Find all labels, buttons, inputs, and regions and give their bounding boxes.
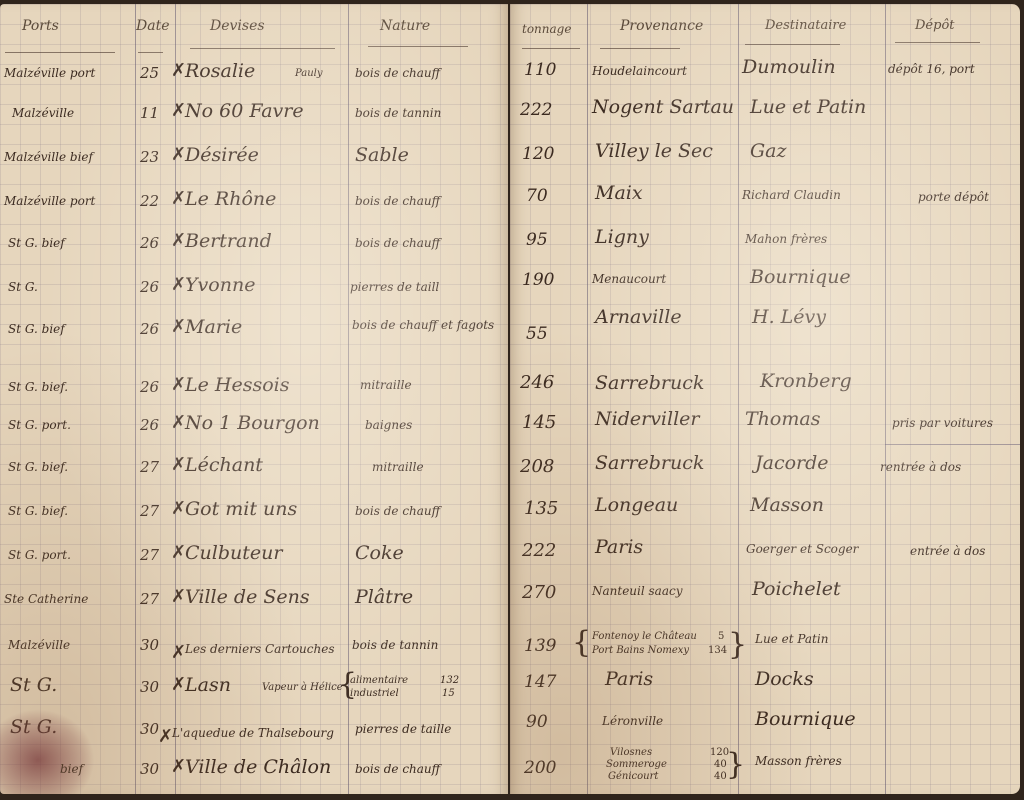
- tonnage-cell: 200: [524, 758, 556, 778]
- ledger-left-page: Ports Date Devises Nature Malzéville por…: [0, 4, 508, 794]
- nature-cell: Coke: [355, 542, 404, 564]
- nature-cell: bois de chauff: [355, 762, 440, 776]
- nature-split-qty: 132: [440, 674, 459, 687]
- header-destinataire: Destinataire: [765, 18, 846, 33]
- header-underline: [138, 52, 163, 53]
- depot-cell: entrée à dos: [910, 544, 985, 558]
- destinataire-cell: Goerger et Scoger: [746, 542, 858, 556]
- devise-cell: Lasn: [185, 674, 231, 696]
- tonnage-cell: 270: [522, 582, 556, 603]
- provenance-cell: Nanteuil saacy: [592, 584, 683, 598]
- port-cell: St G.: [10, 674, 57, 696]
- devise-cell: Rosalie: [185, 60, 255, 82]
- destinataire-cell: Masson: [750, 494, 824, 516]
- port-cell: St G. port.: [8, 548, 71, 562]
- tonnage-cell: 147: [524, 672, 556, 692]
- header-underline: [745, 44, 840, 45]
- ledger-row: 222 Nogent Sartau Lue et Patin: [510, 96, 1020, 132]
- depot-cell: pris par voitures: [892, 416, 993, 430]
- ledger-row: St G. port. 27 Culbuteur Coke: [0, 542, 508, 578]
- header-devises: Devises: [210, 18, 265, 34]
- devise-cell: No 1 Bourgon: [185, 412, 320, 434]
- destinataire-cell: Lue et Patin: [750, 96, 866, 118]
- tonnage-cell: 120: [522, 144, 554, 164]
- provenance-cell: Niderviller: [595, 408, 699, 430]
- ledger-row: St G. bief. 27 Got mit uns bois de chauf…: [0, 498, 508, 534]
- date-cell: 30: [140, 678, 159, 696]
- nature-cell: pierres de taille: [355, 722, 451, 736]
- tonnage-cell: 145: [522, 412, 556, 433]
- date-cell: 27: [140, 502, 159, 520]
- nature-cell: bois de chauff: [355, 66, 440, 80]
- ledger-row: 246 Sarrebruck Kronberg: [510, 368, 1020, 404]
- ledger-row: 120 Villey le Sec Gaz: [510, 140, 1020, 176]
- ledger-row: 139 { Fontenoy le Château 5 Port Bains N…: [510, 626, 1020, 666]
- tonnage-cell: 222: [520, 100, 552, 120]
- ledger-row: 70 Maix Richard Claudin porte dépôt: [510, 182, 1020, 218]
- header-provenance: Provenance: [620, 18, 703, 34]
- provenance-cell: Menaucourt: [592, 272, 666, 286]
- ledger-row: Malzéville 11 No 60 Favre bois de tannin: [0, 100, 508, 136]
- header-nature: Nature: [380, 18, 430, 34]
- port-cell: bief: [60, 762, 83, 776]
- ledger-row: Ste Catherine 27 Ville de Sens Plâtre: [0, 586, 508, 622]
- date-cell: 23: [140, 148, 159, 166]
- provenance-split-label: Génicourt: [608, 770, 658, 783]
- ledger-row: St G. bief 26 Bertrand bois de chauff: [0, 230, 508, 266]
- ledger-row: St G. port. 26 No 1 Bourgon baignes: [0, 412, 508, 448]
- nature-cell: mitraille: [360, 378, 412, 392]
- tonnage-cell: 110: [524, 60, 556, 80]
- port-cell: St G. port.: [8, 418, 71, 432]
- destinataire-cell: Docks: [755, 668, 814, 690]
- tonnage-cell: 246: [520, 372, 554, 393]
- destinataire-cell: Lue et Patin: [755, 632, 828, 646]
- provenance-split-label: Fontenoy le Château: [592, 630, 697, 643]
- devise-note: Pauly: [295, 68, 323, 80]
- tonnage-cell: 70: [526, 186, 548, 206]
- tonnage-cell: 190: [522, 270, 554, 290]
- header-underline: [190, 48, 335, 49]
- destinataire-cell: Gaz: [750, 140, 787, 162]
- open-ledger-book: Ports Date Devises Nature Malzéville por…: [0, 0, 1024, 800]
- ledger-row: 147 Paris Docks: [510, 668, 1020, 704]
- brace-icon: }: [728, 630, 747, 660]
- provenance-cell: Paris: [605, 668, 653, 690]
- nature-cell: baignes: [365, 418, 412, 432]
- nature-cell: mitraille: [372, 460, 424, 474]
- destinataire-cell: Jacorde: [755, 452, 829, 474]
- ledger-row: 190 Menaucourt Bournique: [510, 266, 1020, 302]
- destinataire-cell: H. Lévy: [752, 306, 826, 328]
- nature-cell: pierres de taill: [350, 280, 439, 294]
- destinataire-cell: Kronberg: [760, 370, 852, 392]
- devise-cell: Le Hessois: [185, 374, 289, 396]
- ledger-row: 95 Ligny Mahon frères: [510, 226, 1020, 262]
- tonnage-cell: 90: [526, 712, 548, 732]
- depot-cell: porte dépôt: [918, 190, 989, 204]
- provenance-cell: Léronville: [602, 714, 663, 728]
- date-cell: 30: [140, 720, 159, 738]
- ledger-row: St G. 26 Yvonne pierres de taill: [0, 274, 508, 310]
- port-cell: St G. bief.: [8, 380, 68, 394]
- devise-cell: Bertrand: [185, 230, 272, 252]
- date-cell: 27: [140, 458, 159, 476]
- nature-cell: bois de tannin: [355, 106, 441, 120]
- ledger-row: bief 30 Ville de Châlon bois de chauff: [0, 756, 508, 792]
- ledger-right-page: tonnage Provenance Destinataire Dépôt 11…: [510, 4, 1020, 794]
- devise-note: Vapeur à Hélice: [262, 682, 343, 694]
- nature-cell: bois de chauff: [355, 194, 440, 208]
- devise-cell: Got mit uns: [185, 498, 297, 520]
- port-cell: Malzéville: [12, 106, 74, 120]
- devise-cell: Les derniers Cartouches: [185, 642, 335, 656]
- header-ports: Ports: [22, 18, 59, 34]
- header-depot: Dépôt: [915, 18, 955, 33]
- port-cell: St G. bief.: [8, 504, 68, 518]
- ledger-row: 270 Nanteuil saacy Poichelet: [510, 578, 1020, 614]
- ledger-row: St G. bief. 27 Léchant mitraille: [0, 454, 508, 490]
- devise-cell: No 60 Favre: [185, 100, 304, 122]
- devise-cell: Ville de Châlon: [185, 756, 331, 778]
- date-cell: 27: [140, 590, 159, 608]
- header-underline: [600, 48, 680, 49]
- brace-icon: {: [572, 628, 591, 658]
- ledger-row: 90 Léronville Bournique: [510, 708, 1020, 744]
- destinataire-cell: Poichelet: [752, 578, 841, 600]
- provenance-split-qty: 40: [714, 770, 727, 783]
- destinataire-cell: Bournique: [750, 266, 851, 288]
- destinataire-cell: Richard Claudin: [742, 188, 841, 202]
- destinataire-cell: Dumoulin: [742, 56, 836, 78]
- devise-cell: Ville de Sens: [185, 586, 310, 608]
- nature-cell: bois de chauff et fagots: [352, 316, 502, 334]
- provenance-split-label: Port Bains Nomexy: [592, 644, 689, 657]
- brace-icon: }: [726, 750, 745, 780]
- nature-cell: bois de chauff: [355, 236, 440, 250]
- nature-cell: bois de chauff: [355, 504, 440, 518]
- destinataire-cell: Mahon frères: [745, 232, 827, 246]
- header-date: Date: [136, 18, 169, 34]
- date-cell: 25: [140, 64, 159, 82]
- provenance-split-qty: 5: [718, 630, 724, 643]
- date-cell: 30: [140, 760, 159, 778]
- header-underline: [522, 48, 580, 49]
- tonnage-cell: 222: [522, 540, 556, 561]
- devise-cell: Culbuteur: [185, 542, 282, 564]
- provenance-cell: Nogent Sartau: [592, 96, 734, 118]
- provenance-cell: Arnaville: [595, 306, 682, 328]
- nature-cell: Plâtre: [355, 586, 413, 608]
- destinataire-cell: Bournique: [755, 708, 856, 730]
- date-cell: 26: [140, 416, 159, 434]
- header-underline: [5, 52, 115, 53]
- ledger-row: Malzéville port 25 Rosalie Pauly bois de…: [0, 60, 508, 96]
- provenance-cell: Houdelaincourt: [592, 64, 687, 78]
- nature-split-qty: 15: [442, 687, 455, 700]
- date-cell: 26: [140, 278, 159, 296]
- port-cell: Malzéville port: [4, 194, 95, 208]
- date-cell: 26: [140, 234, 159, 252]
- date-cell: 11: [140, 104, 159, 122]
- ledger-row: St G. 30 Lasn Vapeur à Hélice { alimenta…: [0, 674, 508, 710]
- header-underline: [368, 46, 468, 47]
- provenance-cell: Sarrebruck: [595, 372, 704, 394]
- tonnage-cell: 208: [520, 456, 554, 477]
- ledger-row: Malzéville 30 Les derniers Cartouches bo…: [0, 632, 508, 668]
- provenance-cell: Sarrebruck: [595, 452, 704, 474]
- date-cell: 27: [140, 546, 159, 564]
- port-cell: St G. bief: [8, 236, 65, 250]
- date-cell: 26: [140, 378, 159, 396]
- port-cell: Malzéville bief: [4, 150, 93, 164]
- ledger-row: 222 Paris Goerger et Scoger entrée à dos: [510, 536, 1020, 572]
- devise-cell: L'aquedue de Thalsebourg: [172, 726, 334, 740]
- port-cell: St G. bief.: [8, 460, 68, 474]
- tonnage-cell: 95: [526, 230, 548, 250]
- ledger-row: St G. bief. 26 Le Hessois mitraille: [0, 370, 508, 406]
- devise-cell: Désirée: [185, 144, 259, 166]
- depot-cell: dépôt 16, port: [888, 62, 975, 76]
- depot-divider: [885, 444, 1020, 445]
- provenance-cell: Ligny: [595, 226, 649, 248]
- header-underline: [895, 42, 980, 43]
- date-cell: 30: [140, 636, 159, 654]
- date-cell: 26: [140, 320, 159, 338]
- header-tonnage: tonnage: [522, 22, 571, 36]
- nature-split-label: alimentaire: [350, 674, 408, 687]
- date-cell: 22: [140, 192, 159, 210]
- devise-cell: Léchant: [185, 454, 263, 476]
- devise-cell: Le Rhône: [185, 188, 276, 210]
- port-cell: St G.: [8, 280, 38, 294]
- destinataire-cell: Thomas: [745, 408, 820, 430]
- ledger-row: St G. bief 26 Marie bois de chauff et fa…: [0, 316, 508, 364]
- ledger-row: 208 Sarrebruck Jacorde rentrée à dos: [510, 452, 1020, 488]
- port-cell: Ste Catherine: [4, 592, 88, 606]
- provenance-split-qty: 134: [708, 644, 727, 657]
- provenance-cell: Maix: [595, 182, 643, 204]
- ledger-row: Malzéville bief 23 Désirée Sable: [0, 144, 508, 180]
- nature-cell: bois de tannin: [352, 638, 438, 652]
- ledger-row: Malzéville port 22 Le Rhône bois de chau…: [0, 188, 508, 224]
- tonnage-cell: 139: [524, 636, 556, 656]
- nature-cell: Sable: [355, 144, 409, 166]
- ledger-row: 145 Niderviller Thomas pris par voitures: [510, 408, 1020, 444]
- tonnage-cell: 135: [524, 498, 558, 519]
- destinataire-cell: Masson frères: [755, 754, 842, 768]
- ledger-row: 135 Longeau Masson: [510, 494, 1020, 530]
- ledger-row: 200 Vilosnes 120 Sommeroge 40 Génicourt …: [510, 746, 1020, 792]
- port-cell: Malzéville port: [4, 66, 95, 80]
- devise-cell: Yvonne: [185, 274, 255, 296]
- port-cell: Malzéville: [8, 638, 70, 652]
- ledger-row: 110 Houdelaincourt Dumoulin dépôt 16, po…: [510, 56, 1020, 92]
- ledger-row: 55 Arnaville H. Lévy: [510, 314, 1020, 350]
- provenance-cell: Longeau: [595, 494, 678, 516]
- nature-split-label: industriel: [350, 687, 399, 700]
- devise-cell: Marie: [185, 316, 242, 338]
- provenance-cell: Paris: [595, 536, 643, 558]
- port-cell: St G. bief: [8, 322, 65, 336]
- provenance-cell: Villey le Sec: [595, 140, 713, 162]
- tonnage-cell: 55: [526, 324, 548, 344]
- depot-cell: rentrée à dos: [880, 460, 961, 474]
